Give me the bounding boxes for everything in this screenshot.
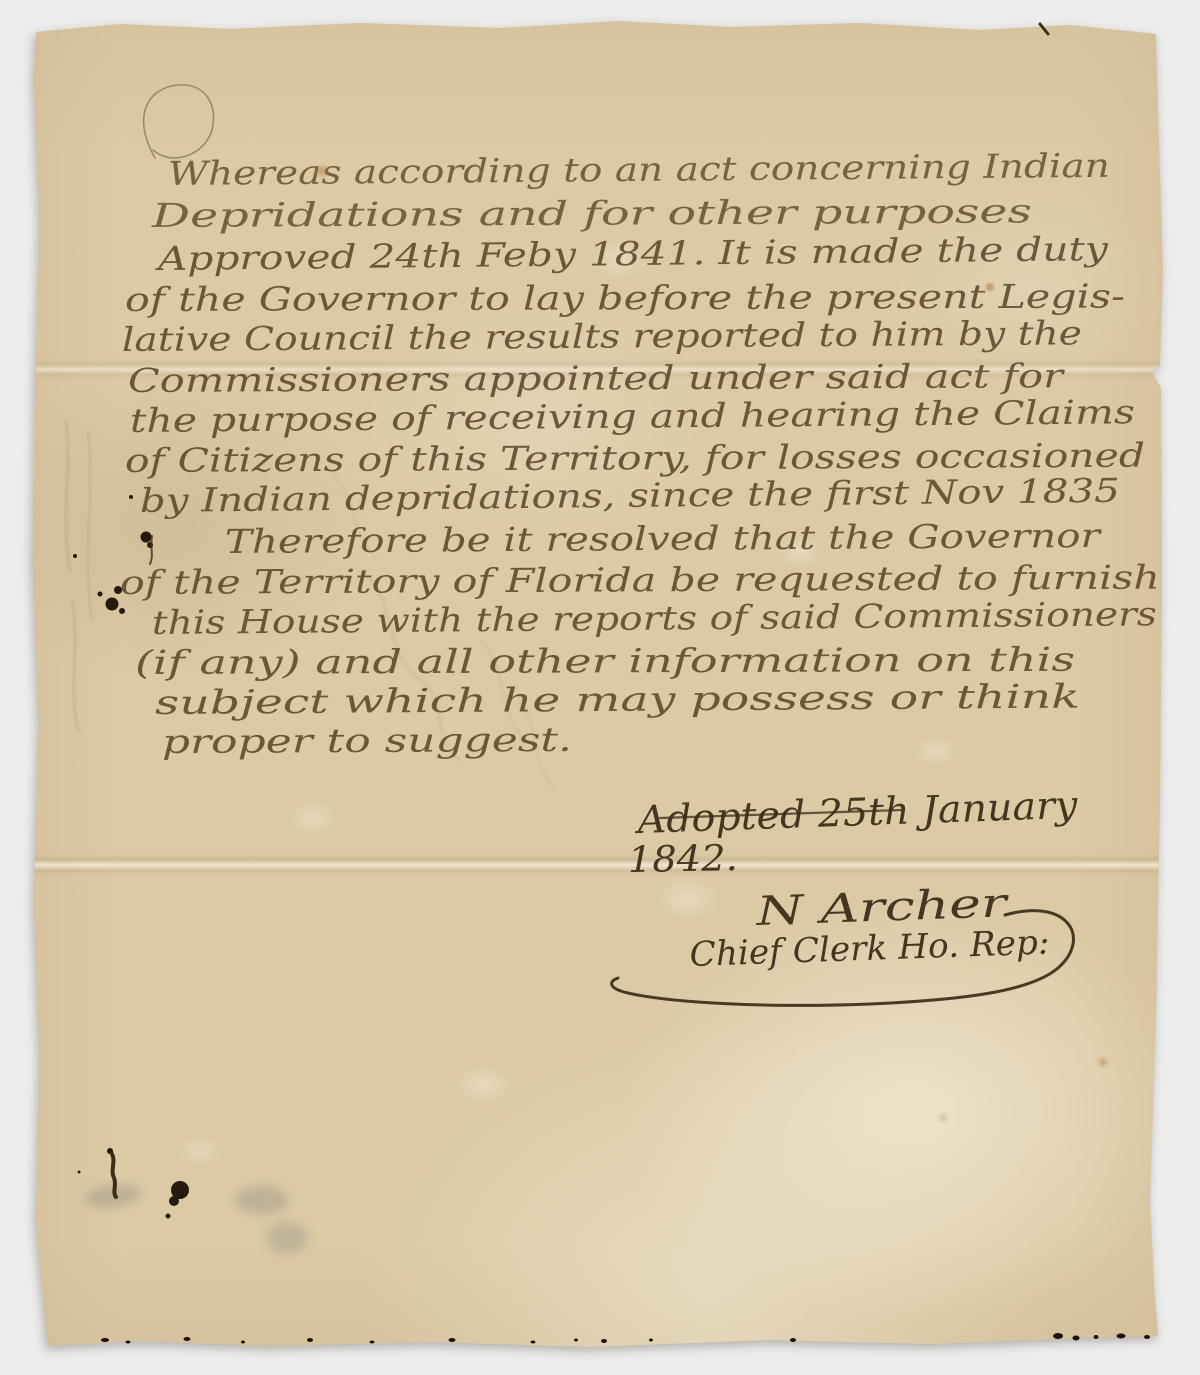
fold-crease-bottom [30,854,1163,876]
photo-backdrop: Whereas according to an act concerning I… [0,0,1200,1375]
fold-crease-top [30,358,1163,380]
manuscript-paper [30,20,1163,1350]
paper-shadow [0,0,1200,1375]
